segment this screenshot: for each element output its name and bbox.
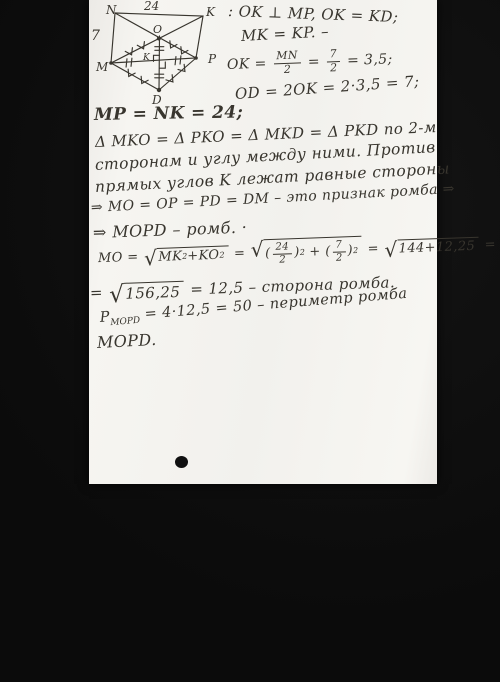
fraction: MN2 — [273, 49, 301, 76]
square-root: √156,25 — [109, 281, 185, 303]
math-text: MP = NK = 24; — [94, 102, 244, 125]
segment-md — [111, 63, 159, 90]
radicand: 156,25 — [124, 281, 185, 303]
fraction-numerator: 24 — [272, 241, 292, 254]
math-text: + ( — [305, 245, 331, 260]
scanned-page: N 24 K 7 O K M P D : OK ⊥ MP, OK = KD;MK… — [89, 0, 437, 484]
right-angle-mark — [160, 62, 165, 68]
tick-marks-mk — [125, 58, 133, 67]
solution-line-od-calculation: OD = 2OK = 2·3,5 = 7; — [234, 73, 420, 102]
radical-sign: √ — [250, 241, 264, 259]
radical-sign: √ — [384, 242, 398, 260]
vertex-label-p: P — [207, 52, 217, 66]
square-root: √(242)2 + (72)2 — [250, 236, 362, 267]
radicand: 144+12,25 — [397, 237, 479, 257]
math-text: MK = KP. – — [241, 22, 330, 45]
fraction-numerator: 7 — [332, 239, 345, 252]
radicand: (242)2 + (72)2 — [264, 236, 363, 267]
scanner-background: N 24 K 7 O K M P D : OK ⊥ MP, OK = KD;MK… — [0, 0, 500, 682]
math-text: 156,25 — [125, 284, 180, 302]
fraction: 72 — [332, 239, 346, 264]
hole-punch-dot — [175, 456, 188, 468]
math-text: ( — [265, 247, 271, 261]
vertex-label-o: O — [153, 23, 162, 36]
superscript: 2 — [353, 247, 358, 256]
math-text: = — [480, 237, 496, 253]
vertex-label-n: N — [105, 3, 117, 17]
fraction-denominator: 2 — [328, 62, 340, 75]
fraction-numerator: 7 — [326, 48, 340, 62]
point-d — [157, 88, 161, 92]
math-text: = — [90, 283, 109, 302]
square-root: √144+12,25 — [384, 237, 479, 258]
vertex-label-k: K — [205, 5, 216, 19]
segment-pd — [159, 58, 196, 90]
point-m — [109, 61, 113, 65]
solution-line-given-equal-segments: MK = KP. – — [241, 23, 330, 44]
solution-line-given-perpendicular: : OK ⊥ MP, OK = KD; — [228, 3, 399, 25]
math-text: MK — [158, 250, 182, 265]
math-text: OK = — [227, 55, 272, 73]
fraction: 242 — [272, 241, 293, 266]
screenshot-root: { "scan": { "background_color": "#0c0c0c… — [0, 0, 500, 682]
point-p — [194, 56, 198, 60]
math-text: MOPD. — [96, 330, 157, 352]
math-text: = — [229, 246, 250, 262]
math-text: MO = — [98, 250, 144, 267]
radical-sign: √ — [144, 250, 158, 268]
geometry-figure: N 24 K 7 O K M P D — [89, 0, 239, 110]
square-root: √MK2+KO2 — [144, 245, 229, 265]
math-text: = 3,5; — [342, 51, 393, 69]
math-text: ⇒ MOPD – ромб. · — [93, 218, 248, 242]
segment-od — [159, 36, 160, 90]
fraction: 72 — [326, 48, 340, 75]
radicand: MK2+KO2 — [157, 245, 229, 265]
math-text: = — [363, 241, 384, 257]
superscript: 2 — [219, 251, 224, 260]
fraction-numerator: MN — [273, 49, 301, 63]
measure-top-label: 24 — [143, 0, 159, 13]
math-text: +KO — [187, 249, 220, 264]
math-text: = — [303, 54, 325, 71]
vertex-label-k-small: K — [142, 53, 151, 63]
solution-line-mp-equals-nk: MP = NK = 24; — [94, 103, 244, 124]
solution-line-final-mopd: MOPD. — [97, 331, 157, 352]
measure-left-label: 7 — [91, 28, 100, 44]
solution-line-ok-calculation: OK = MN2 = 72 = 3,5; — [227, 46, 394, 78]
solution-line-mopd-is-rhombus: ⇒ MOPD – ромб. · — [93, 219, 248, 242]
vertex-label-m: M — [95, 60, 109, 74]
fraction-denominator: 2 — [334, 252, 345, 264]
math-text: 144+12,25 — [398, 240, 475, 257]
tick-marks-kp — [174, 56, 182, 65]
subscript: MOPD — [110, 316, 141, 328]
fraction-denominator: 2 — [282, 63, 294, 76]
point-o — [157, 37, 161, 41]
fraction-denominator: 2 — [277, 254, 288, 266]
radical-sign: √ — [109, 285, 125, 305]
